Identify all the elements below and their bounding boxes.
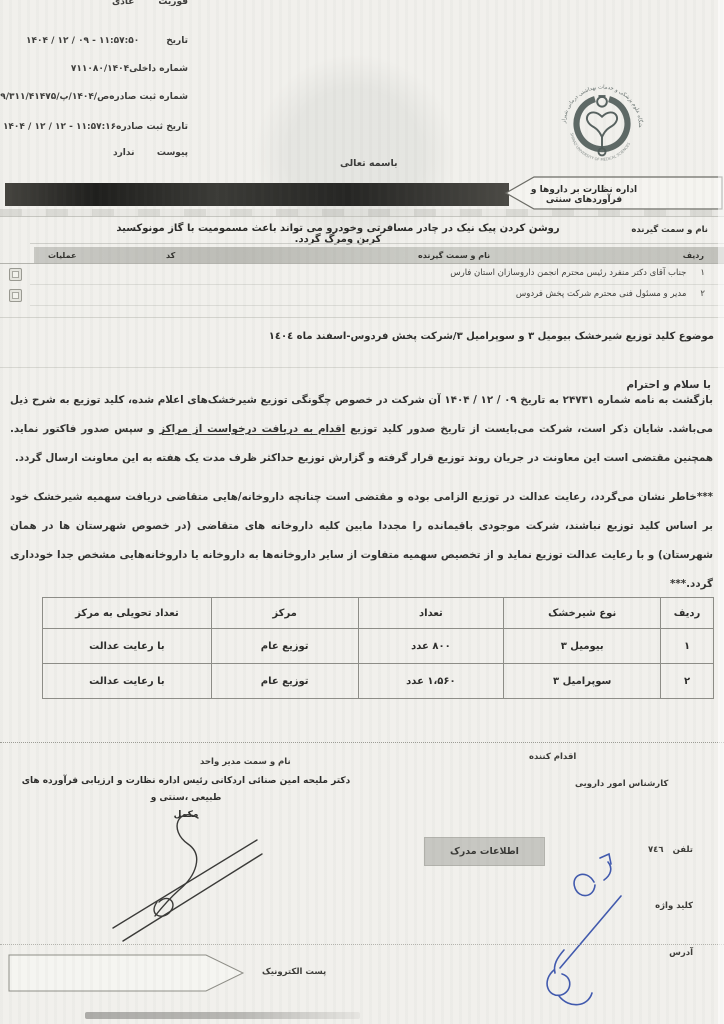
dotted-divider [0, 944, 724, 945]
table-row: ۲ سوپرامیل ۳ ۱،۵۶۰ عدد توزیع عام با رعای… [43, 664, 714, 699]
recipient-row-1: ۱ جناب آقای دکتر منفرد رئیس محترم انجمن … [450, 268, 705, 278]
meta-label: تاریخ ثبت صادره [116, 122, 188, 132]
col-header-row-no: ردیف [661, 598, 714, 629]
col-header-milk-type: نوع شیرخشک [504, 598, 661, 629]
manager-name-line1: دکتر ملیحه امین صنائی اردکانی رئیس اداره… [12, 773, 360, 807]
cell-row-no: ۱ [661, 629, 714, 664]
department-banner-label: اداره نظارت بر داروها و فرآوردهای سنتی [512, 185, 656, 205]
meta-label: تاریخ [166, 36, 188, 46]
meta-value: ۱۴۰۴ / ۱۲ / ۱۲ - ۱۱:۵۷:۱۶ [3, 122, 116, 132]
cell-milk-type: سوپرامیل ۳ [504, 664, 661, 699]
meta-value: عادی [112, 0, 134, 7]
university-logo: دانشگاه علوم پزشکی و خدمات بهداشتی درمان… [558, 78, 646, 166]
svg-text:دانشگاه علوم پزشکی و خدمات بهد: دانشگاه علوم پزشکی و خدمات بهداشتی درمان… [558, 78, 644, 128]
recipient-row-2: ۲ مدیر و مسئول فنی محترم شرکت پخش فردوس [516, 289, 705, 299]
manager-title-label: نام و سمت مدیر واحد [200, 757, 291, 767]
blue-ink-stamp [528, 852, 673, 1012]
black-redaction-bar [5, 183, 509, 206]
doc-info-button[interactable]: اطلاعات مدرک [424, 837, 545, 866]
phone-label: تلفن [673, 845, 693, 855]
col-header-quantity: تعداد [358, 598, 504, 629]
body-paragraph-2: ***خاطر نشان می‌گردد، رعایت عدالت در توز… [10, 483, 713, 599]
divider [30, 243, 724, 244]
cell-row-no: ۲ [661, 664, 714, 699]
divider [0, 216, 724, 217]
page-edge [718, 0, 724, 1024]
recipient-row-name: مدیر و مسئول فنی محترم شرکت پخش فردوس [516, 289, 687, 299]
meta-value: ندارد [113, 148, 134, 158]
recipients-col-name: نام و سمت گیرنده [418, 251, 490, 260]
meta-label: فوریت [158, 0, 188, 7]
divider [30, 305, 724, 306]
row-operation-icon[interactable] [9, 289, 22, 302]
recipient-row-number: ۲ [700, 289, 705, 299]
safety-notice: روشن کردن پیک نیک در چادر مسافرتی وخودرو… [108, 223, 568, 245]
row-operation-icon[interactable] [9, 268, 22, 281]
meta-row-internal-no: شماره داخلی ۷۱۱۰۸۰/۱۴۰۴ [83, 64, 188, 74]
divider [30, 284, 724, 285]
cell-delivered: با رعایت عدالت [43, 664, 212, 699]
cell-delivered: با رعایت عدالت [43, 629, 212, 664]
cell-quantity: ۱،۵۶۰ عدد [358, 664, 504, 699]
underlined-phrase: اقدام به دریافت درخواست از مراکز [159, 423, 345, 435]
scanned-letter-page: فوریت عادی تاریخ ۱۴۰۴ / ۱۲ / ۰۹ - ۱۱:۵۷:… [0, 0, 724, 1024]
meta-row-issued-no: شماره ثبت صادره ۹/۳۱۱/۴۱۴۷۵/پ/۱۴۰۴/ص [26, 92, 188, 102]
bottom-scan-streak [85, 1012, 360, 1019]
meta-row-date: تاریخ ۱۴۰۴ / ۱۲ / ۰۹ - ۱۱:۵۷:۵۰ [26, 36, 188, 46]
divider [0, 263, 724, 264]
table-row: ۱ بیومیل ۳ ۸۰۰ عدد توزیع عام با رعایت عد… [43, 629, 714, 664]
meta-value: ۷۱۱۰۸۰/۱۴۰۴ [71, 64, 129, 74]
cell-milk-type: بیومیل ۳ [504, 629, 661, 664]
col-header-delivered: تعداد تحویلی به مرکز [43, 598, 212, 629]
recipient-section-label: نام و سمت گیرنده [631, 225, 708, 235]
recipient-row-number: ۱ [700, 268, 705, 278]
meta-label: شماره ثبت صادره [109, 92, 188, 102]
cell-center: توزیع عام [211, 664, 358, 699]
table-header-row: ردیف نوع شیرخشک تعداد مرکز تعداد تحویلی … [43, 598, 714, 629]
recipients-col-ops: عملیات [48, 251, 76, 260]
meta-row-issued-date: تاریخ ثبت صادره ۱۴۰۴ / ۱۲ / ۱۲ - ۱۱:۵۷:۱… [26, 122, 188, 132]
scan-band [0, 209, 724, 216]
recipients-col-row: ردیف [683, 251, 704, 260]
subject-line: موضوع کلید توزیع شیرخشک بیومیل ۳ و سوپرا… [269, 331, 714, 342]
body-paragraph-1: بازگشت به نامه شماره ۲۴۷۳۱ به تاریخ ۰۹ /… [10, 386, 713, 473]
recipients-col-code: کد [166, 251, 175, 260]
cell-quantity: ۸۰۰ عدد [358, 629, 504, 664]
email-label: پست الکترونیک [262, 967, 326, 977]
dotted-divider [0, 742, 724, 743]
meta-label: پیوست [157, 148, 188, 158]
actor-label: اقدام کننده [529, 752, 576, 762]
cell-center: توزیع عام [211, 629, 358, 664]
handwritten-signature [95, 808, 280, 953]
recipients-header-band [34, 247, 724, 263]
distribution-table: ردیف نوع شیرخشک تعداد مرکز تعداد تحویلی … [42, 597, 714, 699]
actor-role: کارشناس امور دارویی [575, 779, 668, 789]
footer-arrow-banner [6, 950, 248, 996]
recipient-row-name: جناب آقای دکتر منفرد رئیس محترم انجمن دا… [450, 268, 686, 278]
meta-value: ۹/۳۱۱/۴۱۴۷۵/پ/۱۴۰۴/ص [0, 92, 109, 102]
meta-row-attachment: پیوست ندارد [113, 148, 188, 158]
meta-label: شماره داخلی [129, 64, 188, 74]
col-header-center: مرکز [211, 598, 358, 629]
logo-arc-text-fa: دانشگاه علوم پزشکی و خدمات بهداشتی درمان… [558, 78, 644, 128]
divider [0, 317, 724, 318]
meta-value: ۱۴۰۴ / ۱۲ / ۰۹ - ۱۱:۵۷:۵۰ [26, 36, 139, 46]
basmala-text: باسمه تعالی [340, 158, 398, 169]
meta-row-urgency: فوریت عادی [112, 0, 188, 7]
divider [0, 367, 724, 368]
